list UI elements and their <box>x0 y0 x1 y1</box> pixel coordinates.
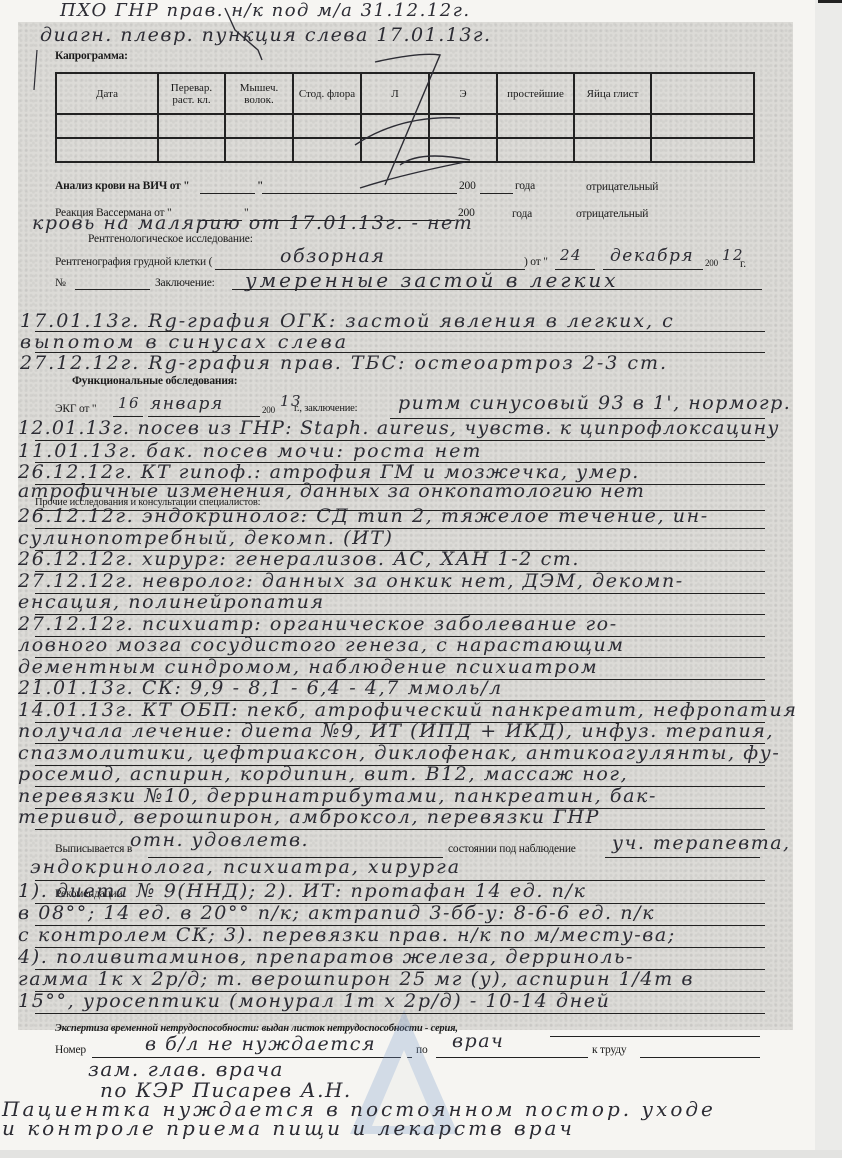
closing-note-2: и контроле приема пищи и лекарств врач <box>2 1116 575 1140</box>
number-value: в б/л не нуждается <box>145 1033 376 1055</box>
consultation-note-6: 27.12.12г. психиатр: органическое заболе… <box>18 613 618 635</box>
consultation-note-13: росемид, аспирин, кордипин, вит. B12, ма… <box>18 763 628 785</box>
consultation-note-4: 27.12.12г. невролог: данных за онкик нет… <box>18 570 684 592</box>
hiv-month-line <box>262 193 457 194</box>
hiv-year-line <box>480 193 513 194</box>
consultation-note-12: спазмолитики, цефтриаксон, диклофенак, а… <box>18 742 780 764</box>
ecg-month: января <box>150 394 224 414</box>
hiv-year-suffix: года <box>515 180 535 192</box>
recommendation-line-4: 4). поливитаминов, препаратов железа, де… <box>18 946 634 968</box>
work-line <box>640 1057 760 1058</box>
xray-number-label: № <box>55 277 66 289</box>
wasserman-year-suffix: года <box>512 208 532 220</box>
xray-year-prefix: 200 <box>705 258 718 268</box>
xray-chest-type: обзорная <box>280 245 385 267</box>
xray-section-label: Рентгенологическое исследование: <box>88 233 253 245</box>
hiv-label: Анализ крови на ВИЧ от " <box>55 180 189 192</box>
consultation-note-7: ловного мозга сосудистого генеза, с нара… <box>18 634 625 656</box>
ruled-line <box>550 1036 760 1037</box>
hiv-year-prefix: 200 <box>459 180 476 192</box>
consultation-note-10: 14.01.13г. КТ ОБП: пекб, атрофический па… <box>18 699 798 721</box>
scan-edge <box>815 0 842 1158</box>
ecg-conclusion: ритм синусовый 93 в 1', нормогр. <box>398 392 791 414</box>
document-page: ПХО ГНР прав. н/к под м/а 31.12.12г. диа… <box>0 0 815 1150</box>
observation-continued: эндокринолога, психиатра, хирурга <box>30 856 461 878</box>
hiv-day-line <box>200 193 255 194</box>
discharge-label: Выписывается в <box>55 843 132 855</box>
hiv-result: отрицательный <box>586 181 658 193</box>
consultation-note-8: дементным синдромом, наблюдение психиатр… <box>18 656 598 678</box>
consultation-note-3: 26.12.12г. хирург: генерализов. АС, ХАН … <box>18 548 580 570</box>
scan-corner <box>818 0 842 3</box>
consultation-note-11: получала лечение: диета №9, ИТ (ИПД + ИК… <box>18 720 774 742</box>
recommendation-line-2: в 08°°; 14 ед. в 20°° п/к; актрапид 3-бб… <box>18 902 655 924</box>
ruled-line <box>35 829 765 830</box>
consultation-note-14: перевязки №10, дерринатрибутами, панкреа… <box>18 785 657 807</box>
malaria-note: кровь на малярию от 17.01.13г. - нет <box>32 212 473 234</box>
xray-from-label: ) от " <box>524 256 548 268</box>
xray-note-2: выпотом в синусах слева <box>20 331 349 353</box>
observation-label: состоянии под наблюдение <box>448 843 576 855</box>
consultation-note-1: 26.12.12г. эндокринолог: СД тип 2, тяжел… <box>18 505 709 527</box>
ecg-year-prefix: 200 <box>262 405 275 415</box>
wasserman-result: отрицательный <box>576 208 648 220</box>
functional-note-1: 12.01.13г. посев из ГНР: Staph. aureus, … <box>18 417 780 439</box>
ecg-day: 16 <box>118 394 140 412</box>
consultation-note-15: теривид, верошпирон, амброксол, перевязк… <box>18 806 600 828</box>
recommendation-line-6: 15°°, уросептики (монурал 1т x 2р/д) - 1… <box>18 990 610 1012</box>
xray-conclusion-line <box>232 289 762 290</box>
recommendation-line-5: гамма 1к x 2р/д; т. верошпирон 25 мг (у)… <box>18 968 694 990</box>
ruled-line <box>35 1013 765 1014</box>
hiv-quote: " <box>257 180 263 192</box>
xray-conclusion-label: Заключение: <box>155 277 215 289</box>
functional-note-2: 11.01.13г. бак. посев мочи: роста нет <box>18 440 482 462</box>
consultation-note-2: сулинопотребный, декомп. (ИТ) <box>18 527 394 549</box>
xray-month: декабря <box>610 246 694 266</box>
xray-note-1: 17.01.13г. Rg-графия ОГК: застой явления… <box>20 310 675 332</box>
recommendation-line-1: 1). диета № 9(ННД); 2). ИТ: протафан 14 … <box>18 880 586 902</box>
ecg-label: ЭКГ от " <box>55 403 96 415</box>
consultation-note-5: енсация, полинейропатия <box>18 591 325 613</box>
ruled-line <box>605 857 760 858</box>
work-label: к труду <box>592 1044 626 1056</box>
ecg-conclusion-label: г., заключение: <box>294 403 357 414</box>
functional-section-label: Функциональные обследования: <box>72 375 237 387</box>
to-value: врач <box>452 1030 504 1052</box>
number-label: Номер <box>55 1044 86 1056</box>
xray-day: 24 <box>560 246 582 264</box>
scan-bottom-edge <box>0 1150 842 1158</box>
to-line <box>436 1057 588 1058</box>
xray-chest-label: Рентгенография грудной клетки ( <box>55 256 212 268</box>
observation-value: уч. терапевта, <box>612 832 791 854</box>
xray-year-suffix: г. <box>740 258 746 270</box>
consultation-note-9: 21.01.13г. СК: 9,9 - 8,1 - 6,4 - 4,7 ммо… <box>18 677 503 699</box>
discharge-condition: отн. удовлетв. <box>130 829 309 851</box>
recommendation-line-3: с контролем СК; 3). перевязки прав. н/к … <box>18 924 676 946</box>
xray-note-3: 27.12.12г. Rg-графия прав. ТБС: остеоарт… <box>20 352 668 374</box>
xray-number-line <box>75 289 150 290</box>
